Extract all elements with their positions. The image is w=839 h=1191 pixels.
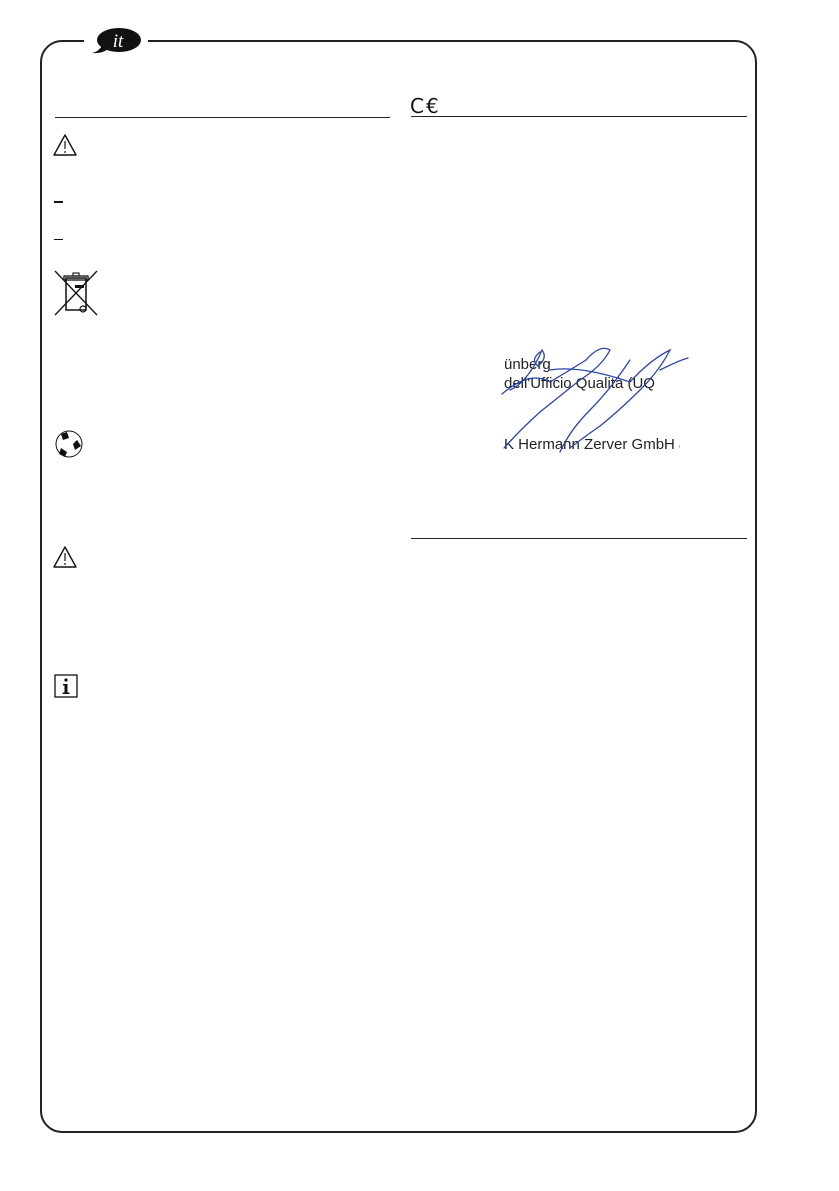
info-icon bbox=[54, 674, 78, 698]
language-badge: it bbox=[88, 26, 144, 56]
svg-text:it: it bbox=[113, 31, 124, 52]
weee-crossed-bin-icon bbox=[54, 270, 98, 316]
warning-icon bbox=[53, 134, 77, 156]
left-section-rule bbox=[55, 117, 390, 118]
recycle-icon bbox=[53, 428, 85, 460]
right-section-bottom-rule bbox=[411, 538, 747, 539]
warning-icon bbox=[53, 546, 77, 568]
list-bullet bbox=[54, 201, 63, 203]
handwritten-signature bbox=[490, 330, 690, 455]
page-frame bbox=[40, 40, 757, 1133]
list-bullet bbox=[54, 239, 63, 240]
right-section-rule bbox=[411, 116, 747, 117]
ce-mark: C€ bbox=[410, 94, 441, 118]
